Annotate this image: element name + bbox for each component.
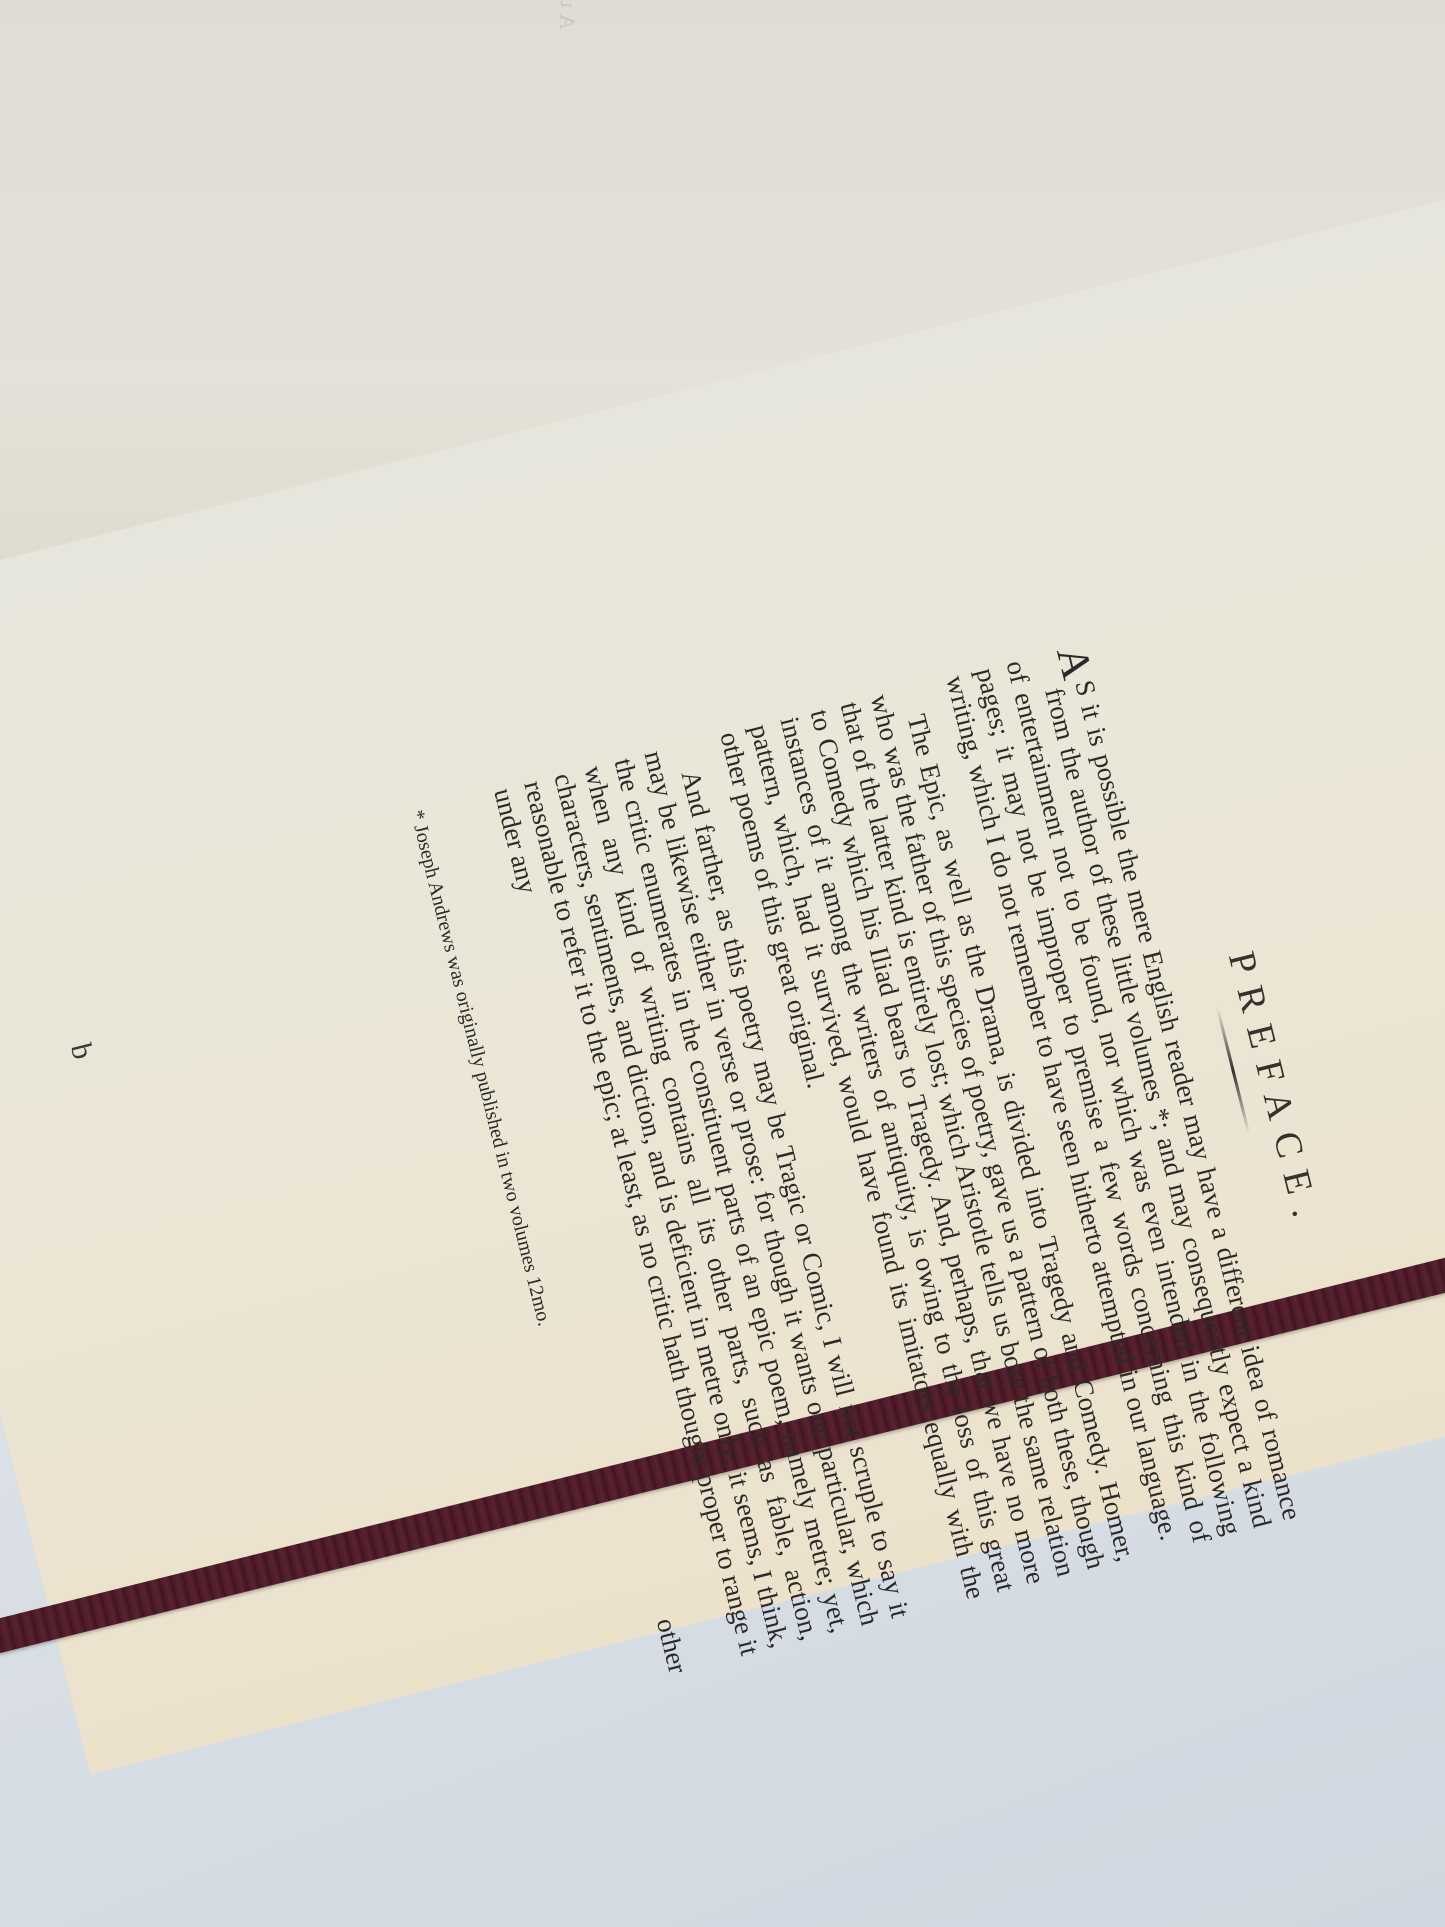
show-through-text: Author of Don Quixote: [554, 0, 592, 30]
